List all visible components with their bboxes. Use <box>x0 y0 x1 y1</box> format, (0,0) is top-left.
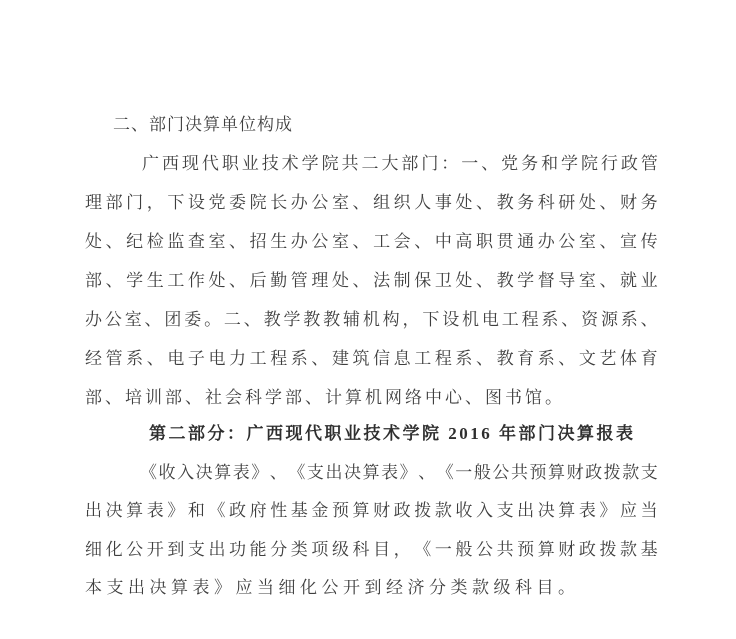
paragraph1-line-4: 部、学生工作处、后勤管理处、法制保卫处、教学督导室、就业 <box>85 270 658 292</box>
paragraph1-line-1: 广西现代职业技术学院共二大部门：一、党务和学院行政管 <box>142 153 658 175</box>
section2-heading: 第二部分：广西现代职业技术学院 2016 年部门决算报表 <box>149 423 636 445</box>
section-heading: 二、部门决算单位构成 <box>113 114 293 136</box>
paragraph2-line-2: 出决算表》和《政府性基金预算财政拨款收入支出决算表》应当 <box>85 500 658 522</box>
paragraph1-line-6: 经管系、电子电力工程系、建筑信息工程系、教育系、文艺体育 <box>85 348 658 370</box>
paragraph2-line-1: 《收入决算表》、《支出决算表》、《一般公共预算财政拨款支 <box>140 462 658 484</box>
paragraph1-line-7: 部、培训部、社会科学部、计算机网络中心、图书馆。 <box>85 387 565 409</box>
paragraph1-line-3: 处、纪检监查室、招生办公室、工会、中高职贯通办公室、宣传 <box>85 231 658 253</box>
paragraph1-line-2: 理部门，下设党委院长办公室、组织人事处、教务科研处、财务 <box>85 192 658 214</box>
paragraph2-line-3: 细化公开到支出功能分类项级科目，《一般公共预算财政拨款基 <box>85 539 658 561</box>
paragraph2-line-4: 本支出决算表》应当细化公开到经济分类款级科目。 <box>85 577 580 599</box>
document-page: 二、部门决算单位构成 广西现代职业技术学院共二大部门：一、党务和学院行政管 理部… <box>0 0 736 639</box>
paragraph1-line-5: 办公室、团委。二、教学教教辅机构，下设机电工程系、资源系、 <box>85 309 658 331</box>
